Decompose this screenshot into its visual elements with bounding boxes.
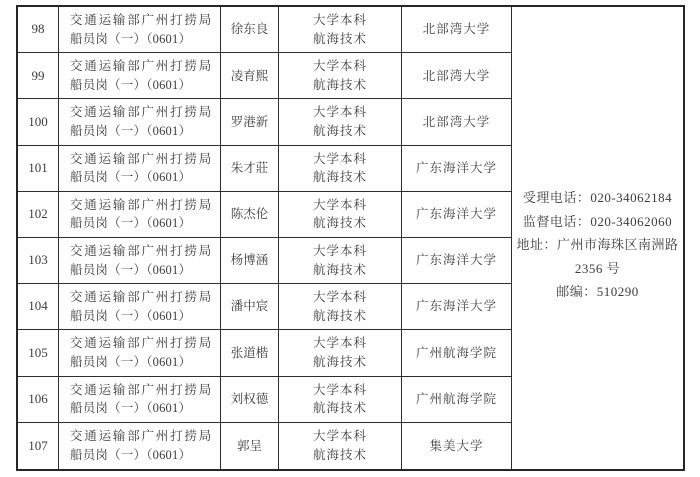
school-name: 北部湾大学 [423, 67, 491, 86]
education-degree: 大学本科 [313, 381, 367, 400]
position-title: 船员岗（一）（0601） [70, 76, 191, 95]
applicant-name: 潘中宸 [231, 297, 269, 316]
contact-zipcode-line: 邮编：510290 [556, 280, 639, 304]
name-cell: 郭呈 [221, 423, 279, 469]
education-degree: 大学本科 [313, 288, 367, 307]
position-title: 船员岗（一）（0601） [70, 399, 191, 418]
applicant-name: 郭呈 [237, 437, 262, 456]
row-number-cell: 105 [18, 330, 59, 376]
contact-info-cell: 受理电话：020-34062184 监督电话：020-34062060 地址：广… [512, 7, 683, 469]
position-org: 交通运输部广州打捞局 [70, 381, 213, 400]
education-degree: 大学本科 [313, 57, 367, 76]
applicant-name: 杨博涵 [231, 251, 269, 270]
education-degree: 大学本科 [313, 150, 367, 169]
education-cell: 大学本科 航海技术 [279, 7, 402, 53]
school-name: 北部湾大学 [423, 20, 491, 39]
applicant-name: 罗港新 [231, 113, 269, 132]
contact-phone-line: 受理电话：020-34062184 [523, 186, 672, 210]
row-number: 100 [28, 113, 48, 132]
applicant-name: 凌育熙 [231, 67, 269, 86]
name-cell: 杨博涵 [221, 238, 279, 284]
school-name: 广州航海学院 [416, 344, 497, 363]
row-number-cell: 102 [18, 192, 59, 238]
position-org: 交通运输部广州打捞局 [70, 11, 213, 30]
position-cell: 交通运输部广州打捞局 船员岗（一）（0601） [59, 377, 221, 423]
position-cell: 交通运输部广州打捞局 船员岗（一）（0601） [59, 284, 221, 330]
school-name: 广东海洋大学 [416, 205, 497, 224]
education-cell: 大学本科 航海技术 [279, 330, 402, 376]
position-title: 船员岗（一）（0601） [70, 353, 191, 372]
position-org: 交通运输部广州打捞局 [70, 103, 213, 122]
applicant-name: 徐东良 [231, 20, 269, 39]
education-cell: 大学本科 航海技术 [279, 53, 402, 99]
position-title: 船员岗（一）（0601） [70, 122, 191, 141]
education-major: 航海技术 [313, 446, 367, 465]
row-number-cell: 106 [18, 377, 59, 423]
position-org: 交通运输部广州打捞局 [70, 150, 213, 169]
position-org: 交通运输部广州打捞局 [70, 334, 213, 353]
position-cell: 交通运输部广州打捞局 船员岗（一）（0601） [59, 99, 221, 145]
position-org: 交通运输部广州打捞局 [70, 427, 213, 446]
applicant-name: 张道楷 [231, 344, 269, 363]
education-major: 航海技术 [313, 307, 367, 326]
row-number: 103 [28, 251, 48, 270]
school-cell: 广东海洋大学 [402, 284, 512, 330]
position-cell: 交通运输部广州打捞局 船员岗（一）（0601） [59, 7, 221, 53]
education-degree: 大学本科 [313, 242, 367, 261]
row-number-cell: 98 [18, 7, 59, 53]
row-number-cell: 104 [18, 284, 59, 330]
education-degree: 大学本科 [313, 11, 367, 30]
name-cell: 凌育熙 [221, 53, 279, 99]
school-cell: 北部湾大学 [402, 99, 512, 145]
name-cell: 刘权德 [221, 377, 279, 423]
applicant-name: 刘权德 [231, 390, 269, 409]
position-title: 船员岗（一）（0601） [70, 307, 191, 326]
school-cell: 广东海洋大学 [402, 238, 512, 284]
position-title: 船员岗（一）（0601） [70, 168, 191, 187]
education-degree: 大学本科 [313, 334, 367, 353]
position-title: 船员岗（一）（0601） [70, 30, 191, 49]
education-cell: 大学本科 航海技术 [279, 192, 402, 238]
education-major: 航海技术 [313, 76, 367, 95]
row-number: 101 [28, 159, 48, 178]
row-number-cell: 103 [18, 238, 59, 284]
contact-address-line2: 2356 号 [575, 257, 620, 281]
position-cell: 交通运输部广州打捞局 船员岗（一）（0601） [59, 330, 221, 376]
name-cell: 徐东良 [221, 7, 279, 53]
school-name: 广东海洋大学 [416, 159, 497, 178]
school-name: 北部湾大学 [423, 113, 491, 132]
education-degree: 大学本科 [313, 196, 367, 215]
applicants-table: 受理电话：020-34062184 监督电话：020-34062060 地址：广… [16, 5, 685, 471]
education-major: 航海技术 [313, 122, 367, 141]
position-cell: 交通运输部广州打捞局 船员岗（一）（0601） [59, 146, 221, 192]
row-number: 104 [28, 297, 48, 316]
education-cell: 大学本科 航海技术 [279, 146, 402, 192]
name-cell: 朱才莊 [221, 146, 279, 192]
position-cell: 交通运输部广州打捞局 船员岗（一）（0601） [59, 238, 221, 284]
school-cell: 北部湾大学 [402, 53, 512, 99]
position-org: 交通运输部广州打捞局 [70, 288, 213, 307]
row-number: 107 [28, 437, 48, 456]
education-major: 航海技术 [313, 214, 367, 233]
school-cell: 广州航海学院 [402, 377, 512, 423]
education-degree: 大学本科 [313, 427, 367, 446]
name-cell: 潘中宸 [221, 284, 279, 330]
position-org: 交通运输部广州打捞局 [70, 57, 213, 76]
school-cell: 广州航海学院 [402, 330, 512, 376]
row-number: 98 [32, 20, 45, 39]
education-cell: 大学本科 航海技术 [279, 238, 402, 284]
applicant-name: 陈杰伦 [231, 205, 269, 224]
education-major: 航海技术 [313, 399, 367, 418]
row-number-cell: 100 [18, 99, 59, 145]
school-cell: 北部湾大学 [402, 7, 512, 53]
education-cell: 大学本科 航海技术 [279, 99, 402, 145]
contact-supervise-phone-line: 监督电话：020-34062060 [523, 210, 672, 234]
position-cell: 交通运输部广州打捞局 船员岗（一）（0601） [59, 192, 221, 238]
position-org: 交通运输部广州打捞局 [70, 196, 213, 215]
position-cell: 交通运输部广州打捞局 船员岗（一）（0601） [59, 53, 221, 99]
school-cell: 广东海洋大学 [402, 192, 512, 238]
document-page: 受理电话：020-34062184 监督电话：020-34062060 地址：广… [0, 0, 700, 477]
school-cell: 广东海洋大学 [402, 146, 512, 192]
applicant-name: 朱才莊 [231, 159, 269, 178]
row-number-cell: 99 [18, 53, 59, 99]
school-cell: 集美大学 [402, 423, 512, 469]
education-major: 航海技术 [313, 261, 367, 280]
name-cell: 罗港新 [221, 99, 279, 145]
name-cell: 张道楷 [221, 330, 279, 376]
school-name: 广州航海学院 [416, 390, 497, 409]
row-number-cell: 107 [18, 423, 59, 469]
education-major: 航海技术 [313, 168, 367, 187]
education-cell: 大学本科 航海技术 [279, 377, 402, 423]
position-title: 船员岗（一）（0601） [70, 446, 191, 465]
row-number: 105 [28, 344, 48, 363]
position-org: 交通运输部广州打捞局 [70, 242, 213, 261]
position-title: 船员岗（一）（0601） [70, 261, 191, 280]
row-number: 99 [32, 67, 45, 86]
education-degree: 大学本科 [313, 103, 367, 122]
school-name: 广东海洋大学 [416, 251, 497, 270]
education-cell: 大学本科 航海技术 [279, 423, 402, 469]
education-major: 航海技术 [313, 30, 367, 49]
contact-address-line: 地址：广州市海珠区南洲路 [516, 233, 678, 257]
education-major: 航海技术 [313, 353, 367, 372]
position-title: 船员岗（一）（0601） [70, 214, 191, 233]
row-number-cell: 101 [18, 146, 59, 192]
row-number: 106 [28, 390, 48, 409]
education-cell: 大学本科 航海技术 [279, 284, 402, 330]
school-name: 广东海洋大学 [416, 297, 497, 316]
name-cell: 陈杰伦 [221, 192, 279, 238]
row-number: 102 [28, 205, 48, 224]
position-cell: 交通运输部广州打捞局 船员岗（一）（0601） [59, 423, 221, 469]
school-name: 集美大学 [429, 437, 483, 456]
